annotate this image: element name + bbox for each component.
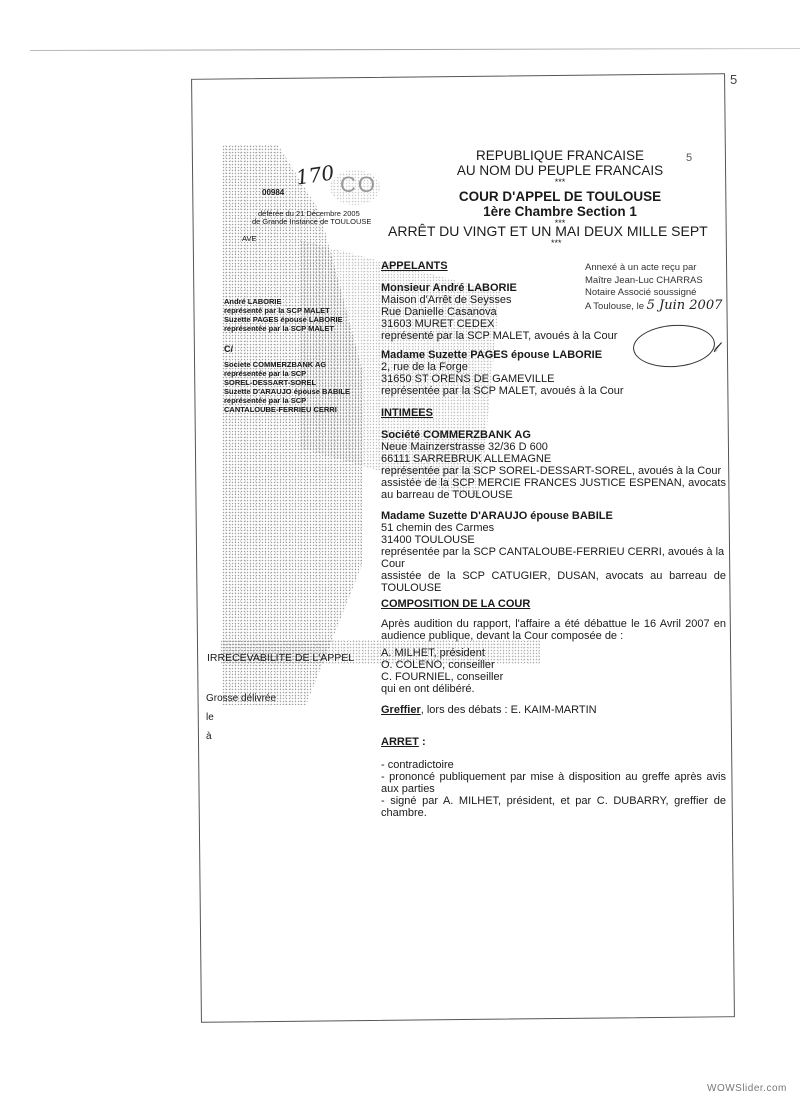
case-number: 00984 [262, 188, 284, 197]
appelants-heading: APPELANTS [381, 260, 726, 272]
subject-label: IRRECEVABILITE DE L'APPEL [207, 652, 354, 664]
greffier-label: Greffier [381, 704, 421, 716]
margin-fragment: AVE [242, 234, 256, 243]
page-number: 5 [730, 72, 737, 87]
watermark: WOWSlider.com [707, 1083, 787, 1094]
court-name: COUR D'APPEL DE TOULOUSE [395, 189, 725, 204]
document-title: ARRÊT DU VINGT ET UN MAI DEUX MILLE SEPT [388, 224, 708, 239]
margin-respondents: Societe COMMERZBANK AG représentée par l… [224, 360, 350, 414]
separator: *** [395, 178, 725, 186]
separator: *** [551, 239, 562, 247]
intimees-section: INTIMEES Société COMMERZBANK AG Neue Mai… [381, 407, 726, 594]
grosse-label: Grosse délivrée [206, 693, 276, 704]
arret-heading: ARRET [381, 736, 419, 748]
decision-line-2: de Grande Instance de TOULOUSE [252, 217, 371, 226]
le-label: le [206, 712, 214, 723]
stamp-fragment: CO [340, 172, 377, 198]
versus-label: C/ [224, 345, 233, 354]
composition-heading: COMPOSITION DE LA COUR [381, 598, 726, 610]
header-line-2: AU NOM DU PEUPLE FRANCAIS [395, 163, 725, 178]
composition-section: COMPOSITION DE LA COUR Après audition du… [381, 598, 726, 716]
document-header: REPUBLIQUE FRANCAISE AU NOM DU PEUPLE FR… [395, 148, 725, 227]
a-label: à [206, 731, 212, 742]
arret-section: ARRET : - contradictoire - prononcé publ… [381, 736, 726, 819]
intimees-heading: INTIMEES [381, 407, 726, 419]
header-line-1: REPUBLIQUE FRANCAISE [395, 148, 725, 163]
margin-parties: André LABORIE représenté par la SCP MALE… [224, 297, 343, 333]
composition-intro: Après audition du rapport, l'affaire a é… [381, 618, 726, 642]
appelants-section: APPELANTS Monsieur André LABORIE Maison … [381, 260, 726, 397]
scan-edge-line [30, 48, 800, 51]
chamber-name: 1ère Chambre Section 1 [395, 204, 725, 219]
header-number: 5 [686, 152, 692, 164]
